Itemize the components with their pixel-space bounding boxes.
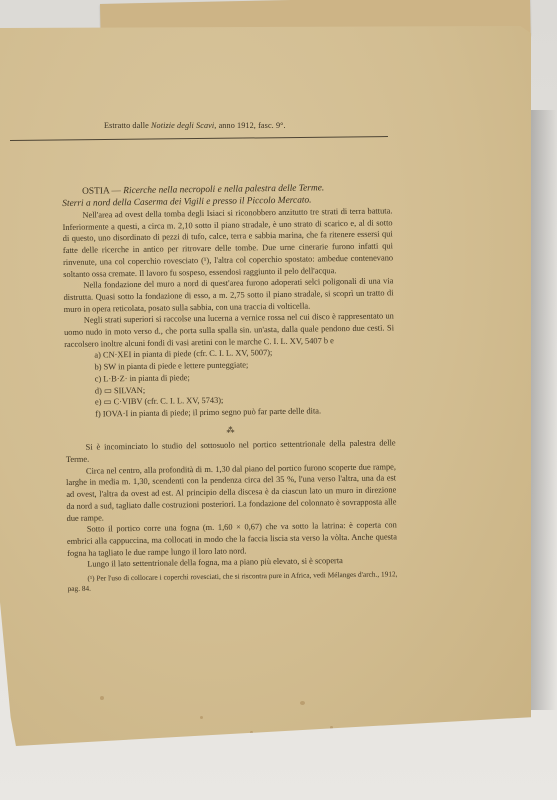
place-name: OSTIA — <box>62 186 123 197</box>
paragraph: Negli strati superiori si raccolse una l… <box>64 311 394 351</box>
paragraph: Nell'area ad ovest della tomba degli Isi… <box>62 205 393 280</box>
foxing-spot <box>300 701 305 705</box>
footnote: (¹) Per l'uso di collocare i coperchi ro… <box>67 569 397 594</box>
foxing-spot <box>250 731 253 734</box>
article-body: OSTIA — Ricerche nella necropoli e nella… <box>62 181 398 601</box>
marks-list: a) CN·XEI in pianta di piede (cfr. C. I.… <box>94 346 395 420</box>
page-shadow <box>531 110 557 710</box>
paragraph: Circa nel centro, alla profondità di m. … <box>66 461 397 524</box>
section-separator: ⁂ <box>65 422 395 438</box>
paragraph: Nella fondazione del muro a nord di ques… <box>63 276 393 316</box>
foxing-spot <box>330 726 333 729</box>
foxing-spot <box>200 716 203 719</box>
offprint-header: Estratto dalle Notizie degli Scavi, anno… <box>104 121 404 130</box>
journal-name: Notizie degli Scavi <box>151 121 214 130</box>
foxing-spot <box>100 696 104 700</box>
header-suffix: , anno 1912, fasc. 9°. <box>214 121 285 130</box>
title-line-1: Ricerche nella necropoli e nella palestr… <box>123 183 324 196</box>
header-prefix: Estratto dalle <box>104 121 151 130</box>
paragraph: Sotto il portico corre una fogna (m. 1,6… <box>67 520 397 560</box>
